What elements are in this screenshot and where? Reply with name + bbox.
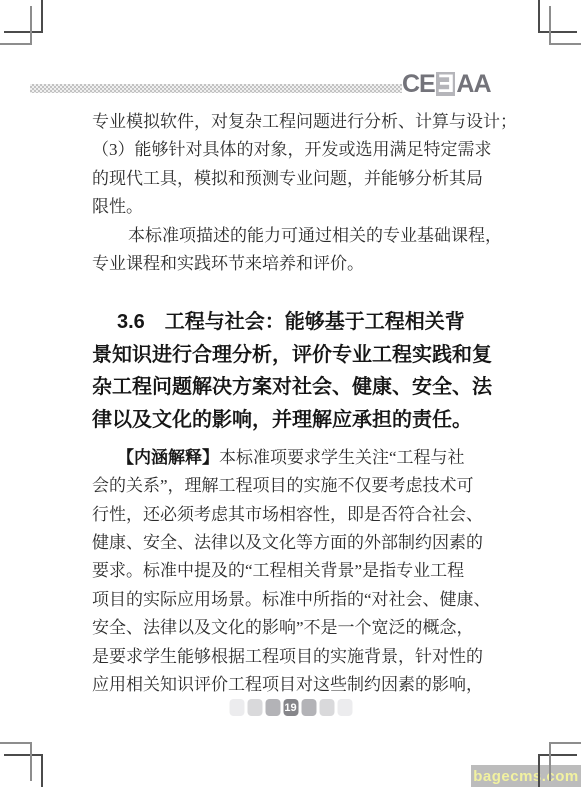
- ceeaa-logo: CEƎAA: [402, 71, 491, 97]
- heading-line: 杂工程问题解决方案对社会、健康、安全、法: [92, 371, 496, 403]
- text-line: 项目的实际应用场景。标准中所指的“对社会、健康、: [92, 586, 496, 614]
- text-line: 应用相关知识评价工程项目对这些制约因素的影响，: [92, 671, 496, 699]
- text-line: 要求。标准中提及的“工程相关背景”是指专业工程: [92, 557, 496, 585]
- pager-square: [265, 699, 280, 716]
- text-line: 专业课程和实践环节来培养和评价。: [92, 250, 496, 278]
- page-number-box: 19: [283, 699, 298, 716]
- heading-line: 律以及文化的影响，并理解应承担的责任。: [92, 404, 496, 436]
- text-line: 是要求学生能够根据工程项目的实施背景，针对性的: [92, 643, 496, 671]
- section-heading-3-6: 3.6 工程与社会：能够基于工程相关背 景知识进行合理分析，评价专业工程实践和复…: [92, 306, 496, 436]
- text-line: 会的关系”，理解工程项目的实施不仅要考虑技术可: [92, 472, 496, 500]
- crop-mark-inner-line: [0, 6, 32, 45]
- paragraph-continued: 专业模拟软件，对复杂工程问题进行分析、计算与设计； （3）能够针对具体的对象，开…: [92, 108, 496, 222]
- pager-square: [301, 699, 316, 716]
- text-line-rest: 本标准项要求学生关注“工程与社: [219, 448, 465, 467]
- header-halftone-band: [30, 84, 402, 93]
- text-line: （3）能够针对具体的对象，开发或选用满足特定需求: [92, 136, 496, 164]
- footer-pager: 19: [229, 699, 352, 716]
- pager-square: [247, 699, 262, 716]
- text-line: 的现代工具，模拟和预测专业问题，并能够分析其局: [92, 165, 496, 193]
- pager-square: [229, 699, 244, 716]
- heading-line: 景知识进行合理分析，评价专业工程实践和复: [92, 339, 496, 371]
- explanation-paragraph: 【内涵解释】本标准项要求学生关注“工程与社 会的关系”，理解工程项目的实施不仅要…: [92, 444, 496, 700]
- text-line: 专业模拟软件，对复杂工程问题进行分析、计算与设计；: [92, 108, 496, 136]
- logo-reversed-e-icon: Ǝ: [436, 72, 456, 96]
- crop-mark-icon-top-right: [537, 0, 581, 46]
- explanation-label: 【内涵解释】: [117, 448, 219, 467]
- text-line: 【内涵解释】本标准项要求学生关注“工程与社: [92, 444, 496, 472]
- text-line: 限性。: [92, 193, 496, 221]
- text-line: 本标准项描述的能力可通过相关的专业基础课程，: [92, 222, 496, 250]
- logo-text-suffix: AA: [456, 70, 490, 98]
- paragraph: 本标准项描述的能力可通过相关的专业基础课程， 专业课程和实践环节来培养和评价。: [92, 222, 496, 279]
- text-line: 安全、法律以及文化的影响”不是一个宽泛的概念，: [92, 614, 496, 642]
- scanned-document-page: CEƎAA 专业模拟软件，对复杂工程问题进行分析、计算与设计； （3）能够针对具…: [0, 0, 581, 787]
- text-line: 健康、安全、法律以及文化等方面的外部制约因素的: [92, 529, 496, 557]
- crop-mark-icon-bottom-right: [537, 741, 581, 787]
- pager-square: [319, 699, 334, 716]
- crop-mark-inner-line: [0, 742, 32, 781]
- text-line: 行性，还必须考虑其市场相容性，即是否符合社会、: [92, 501, 496, 529]
- crop-mark-icon-bottom-left: [0, 741, 44, 787]
- crop-mark-icon-top-left: [0, 0, 44, 46]
- pager-square: [337, 699, 352, 716]
- logo-text-prefix: CE: [402, 70, 435, 98]
- page-body-text: 专业模拟软件，对复杂工程问题进行分析、计算与设计； （3）能够针对具体的对象，开…: [92, 108, 496, 699]
- crop-mark-inner-line: [549, 6, 581, 45]
- crop-mark-inner-line: [549, 742, 581, 781]
- heading-line: 3.6 工程与社会：能够基于工程相关背: [92, 306, 496, 338]
